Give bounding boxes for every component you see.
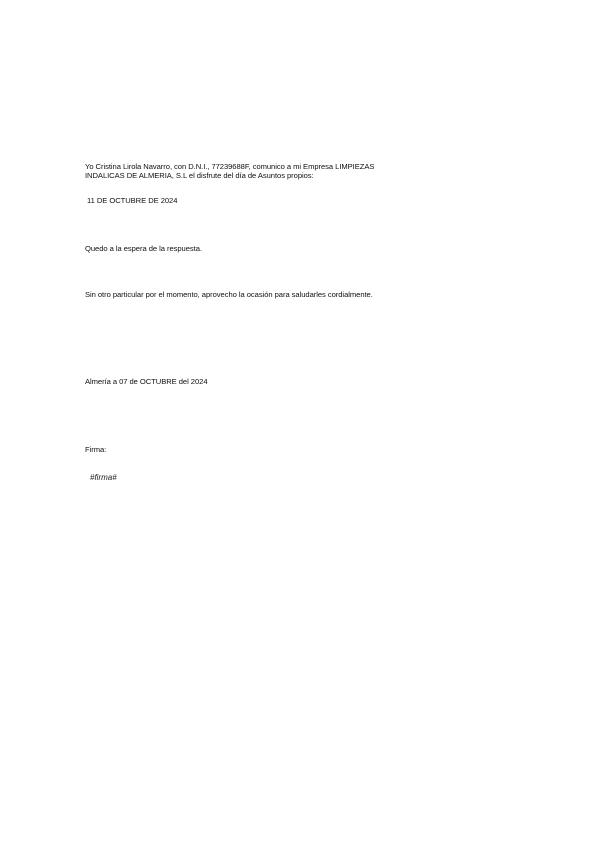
signature-label: Firma: [85,445,106,454]
requested-date: 11 DE OCTUBRE DE 2024 [87,196,177,205]
signature-placeholder: #firma# [90,473,117,482]
intro-line-2: INDALICAS DE ALMERIA, S.L el disfrute de… [85,171,314,180]
waiting-response-text: Quedo a la espera de la respuesta. [85,244,202,253]
place-and-date: Almería a 07 de OCTUBRE del 2024 [85,377,208,386]
closing-text: Sin otro particular por el momento, apro… [85,290,373,299]
intro-line-1: Yo Cristina Lirola Navarro, con D.N.I., … [85,162,374,171]
